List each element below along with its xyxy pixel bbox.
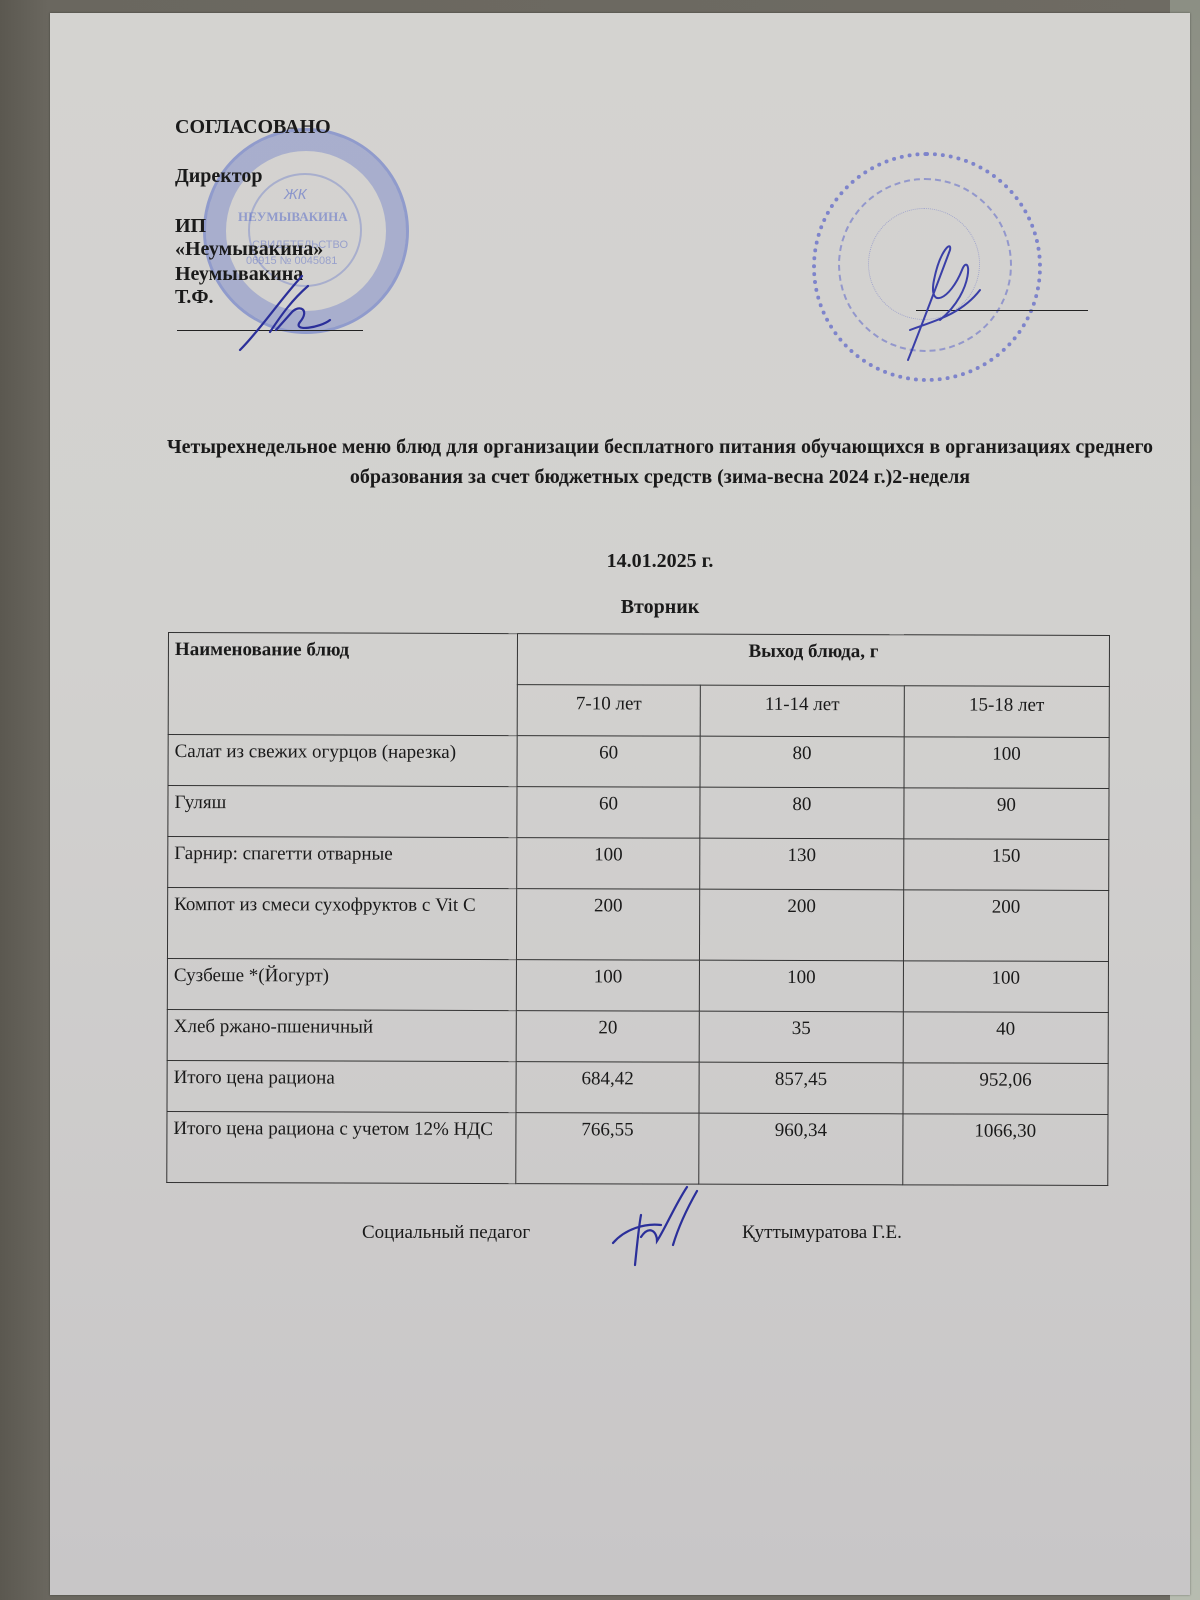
yield-value: 100 <box>517 838 700 890</box>
document-date: 14.01.2025 г. <box>160 550 1160 573</box>
header-dish-name: Наименование блюд <box>168 633 517 736</box>
table-row: Гуляш 60 80 90 <box>168 786 1109 840</box>
total-vat-label: Итого цена рациона с учетом 12% НДС <box>167 1111 516 1183</box>
table-row: Хлеб ржано-пшеничный 20 35 40 <box>167 1009 1108 1063</box>
dish-name: Гарнир: спагетти отварные <box>168 837 517 889</box>
footer-role: Социальный педагог <box>362 1222 530 1244</box>
yield-value: 200 <box>903 890 1108 962</box>
yield-value: 60 <box>517 787 700 839</box>
signature-left-icon <box>230 270 350 360</box>
document-day: Вторник <box>160 596 1160 619</box>
table-row: Гарнир: спагетти отварные 100 130 150 <box>168 837 1109 891</box>
signature-right-icon <box>880 230 1000 370</box>
footer-name: Қуттымуратова Г.Е. <box>742 1222 902 1244</box>
dish-name: Хлеб ржано-пшеничный <box>167 1009 516 1061</box>
approval-left-position: Директор <box>175 165 263 188</box>
yield-value: 80 <box>700 736 904 788</box>
yield-value: 100 <box>904 737 1109 789</box>
yield-value: 60 <box>517 736 700 788</box>
dish-name: Салат из свежих огурцов (нарезка) <box>168 735 517 787</box>
total-vat-value: 1066,30 <box>903 1114 1108 1186</box>
header-age-15-18: 15-18 лет <box>904 686 1109 738</box>
menu-table: Наименование блюд Выход блюда, г 7-10 ле… <box>166 632 1110 1186</box>
table-row-total-vat: Итого цена рациона с учетом 12% НДС 766,… <box>167 1111 1108 1185</box>
yield-value: 80 <box>700 787 904 839</box>
total-value: 857,45 <box>699 1062 903 1114</box>
header-age-11-14: 11-14 лет <box>700 685 904 737</box>
header-yield: Выход блюда, г <box>517 634 1109 687</box>
yield-value: 100 <box>699 960 903 1012</box>
yield-value: 150 <box>903 839 1108 891</box>
table-row: Сузбеше *(Йогурт) 100 100 100 <box>167 958 1108 1012</box>
total-label: Итого цена рациона <box>167 1060 516 1112</box>
total-value: 684,42 <box>516 1062 699 1114</box>
table-row-total: Итого цена рациона 684,42 857,45 952,06 <box>167 1060 1108 1114</box>
yield-value: 90 <box>904 788 1109 840</box>
table-row: Салат из свежих огурцов (нарезка) 60 80 … <box>168 735 1109 789</box>
yield-value: 200 <box>700 889 904 961</box>
yield-value: 100 <box>516 960 699 1012</box>
yield-value: 100 <box>903 961 1108 1013</box>
yield-value: 130 <box>700 838 904 890</box>
yield-value: 20 <box>516 1011 699 1063</box>
header-age-7-10: 7-10 лет <box>517 685 700 737</box>
table-row: Компот из смеси сухофруктов с Vit C 200 … <box>167 888 1108 962</box>
total-vat-value: 766,55 <box>516 1113 699 1185</box>
yield-value: 40 <box>903 1012 1108 1064</box>
table-header-row: Наименование блюд Выход блюда, г <box>168 633 1109 687</box>
total-vat-value: 960,34 <box>699 1113 903 1185</box>
dish-name: Компот из смеси сухофруктов с Vit C <box>167 888 516 960</box>
document-title: Четырехнедельное меню блюд для организац… <box>160 432 1160 492</box>
approval-left-heading: СОГЛАСОВАНО <box>175 116 331 139</box>
yield-value: 200 <box>516 889 699 961</box>
signature-footer-icon <box>605 1185 715 1275</box>
approval-left-organization: ИП «Неумывакина» <box>175 215 323 261</box>
dish-name: Гуляш <box>168 786 517 838</box>
yield-value: 35 <box>699 1011 903 1063</box>
dish-name: Сузбеше *(Йогурт) <box>167 958 516 1010</box>
total-value: 952,06 <box>903 1063 1108 1115</box>
